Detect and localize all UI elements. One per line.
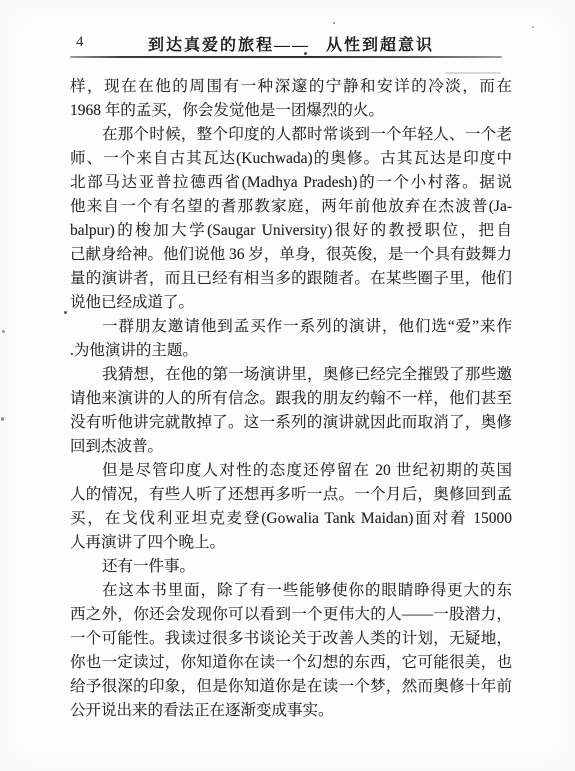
text-line: 1968 年的孟买，你会发觉他是一团爆烈的火。 <box>70 99 512 123</box>
scan-speck <box>2 330 5 333</box>
text-line: 请他来演讲的人的所有信念。跟我的朋友约翰不一样，他们甚至 <box>70 387 512 411</box>
running-title: 到达真爱的旅程—— 从性到超意识 <box>70 32 512 55</box>
scan-speck <box>333 22 335 24</box>
text-line: 样，现在在他的周围有一种深邃的宁静和安详的冷淡，而在 <box>70 75 512 99</box>
text-line: 西之外，你还会发现你可以看到一个更伟大的人——一股潜力， <box>70 603 512 627</box>
text-line: 我猜想，在他的第一场演讲里，奥修已经完全摧毁了那些邀 <box>70 363 512 387</box>
text-line: 还有一件事。 <box>70 555 512 579</box>
text-line: 没有听他讲完就散掉了。这一系列的演讲就因此而取消了，奥修 <box>70 411 512 435</box>
text-line: 一群朋友邀请他到孟买作一系列的演讲，他们选“爱”来作 <box>70 315 512 339</box>
scan-speck <box>532 26 534 28</box>
scan-smudge <box>445 72 501 74</box>
text-line: 你也一定读过，你知道你在读一个幻想的东西，它可能很美，也 <box>70 651 512 675</box>
text-line: 量的演讲者，而且已经有相当多的跟随者。在某些圈子里，他们 <box>70 267 512 291</box>
text-line: 说他已经成道了。 <box>70 291 512 315</box>
text-line: 他来自一个有名望的耆那教家庭，两年前他放弃在杰波普(Ja- <box>70 195 512 219</box>
text-line: 买，在戈伐利亚坦克麦登(Gowalia Tank Maidan)面对着 1500… <box>70 507 512 531</box>
text-line: balpur)的梭加大学(Saugar University)很好的教授职位，把… <box>70 219 512 243</box>
text-line: 但是尽管印度人对性的态度还停留在 20 世纪初期的英国 <box>70 459 512 483</box>
text-line: 在那个时候，整个印度的人都时常谈到一个年轻人、一个老 <box>70 123 512 147</box>
text-line: 回到杰波普。 <box>70 435 512 459</box>
scan-speck <box>1 417 4 421</box>
header-rule <box>70 56 502 58</box>
text-line: 人的情况，有些人听了还想再多听一点。一个月后，奥修回到孟 <box>70 483 512 507</box>
text-line: 一个可能性。我读过很多书谈论关于改善人类的计划，无疑地， <box>70 627 512 651</box>
scan-speck <box>64 311 67 314</box>
text-line: 己献身给神。他们说他 36 岁，单身，很英俊，是一个具有鼓舞力 <box>70 243 512 267</box>
text-line: 北部马达亚普拉德西省(Madhya Pradesh)的一个小村落。据说 <box>70 171 512 195</box>
text-line: .为他演讲的主题。 <box>70 339 512 363</box>
text-line: 在这本书里面，除了有一些能够使你的眼睛睁得更大的东 <box>70 579 512 603</box>
book-page: 4 到达真爱的旅程—— 从性到超意识 样，现在在他的周围有一种深邃的宁静和安详的… <box>0 0 575 771</box>
text-line: 给予很深的印象，但是你知道你是在读一个梦，然而奥修十年前 <box>70 675 512 699</box>
text-line: 师、一个来自古其瓦达(Kuchwada)的奥修。古其瓦达是印度中 <box>70 147 512 171</box>
text-line: 公开说出来的看法正在逐渐变成事实。 <box>70 699 512 723</box>
body-text: 样，现在在他的周围有一种深邃的宁静和安详的冷淡，而在1968 年的孟买，你会发觉… <box>70 75 512 723</box>
scan-speck <box>304 52 307 55</box>
text-line: 人再演讲了四个晚上。 <box>70 531 512 555</box>
